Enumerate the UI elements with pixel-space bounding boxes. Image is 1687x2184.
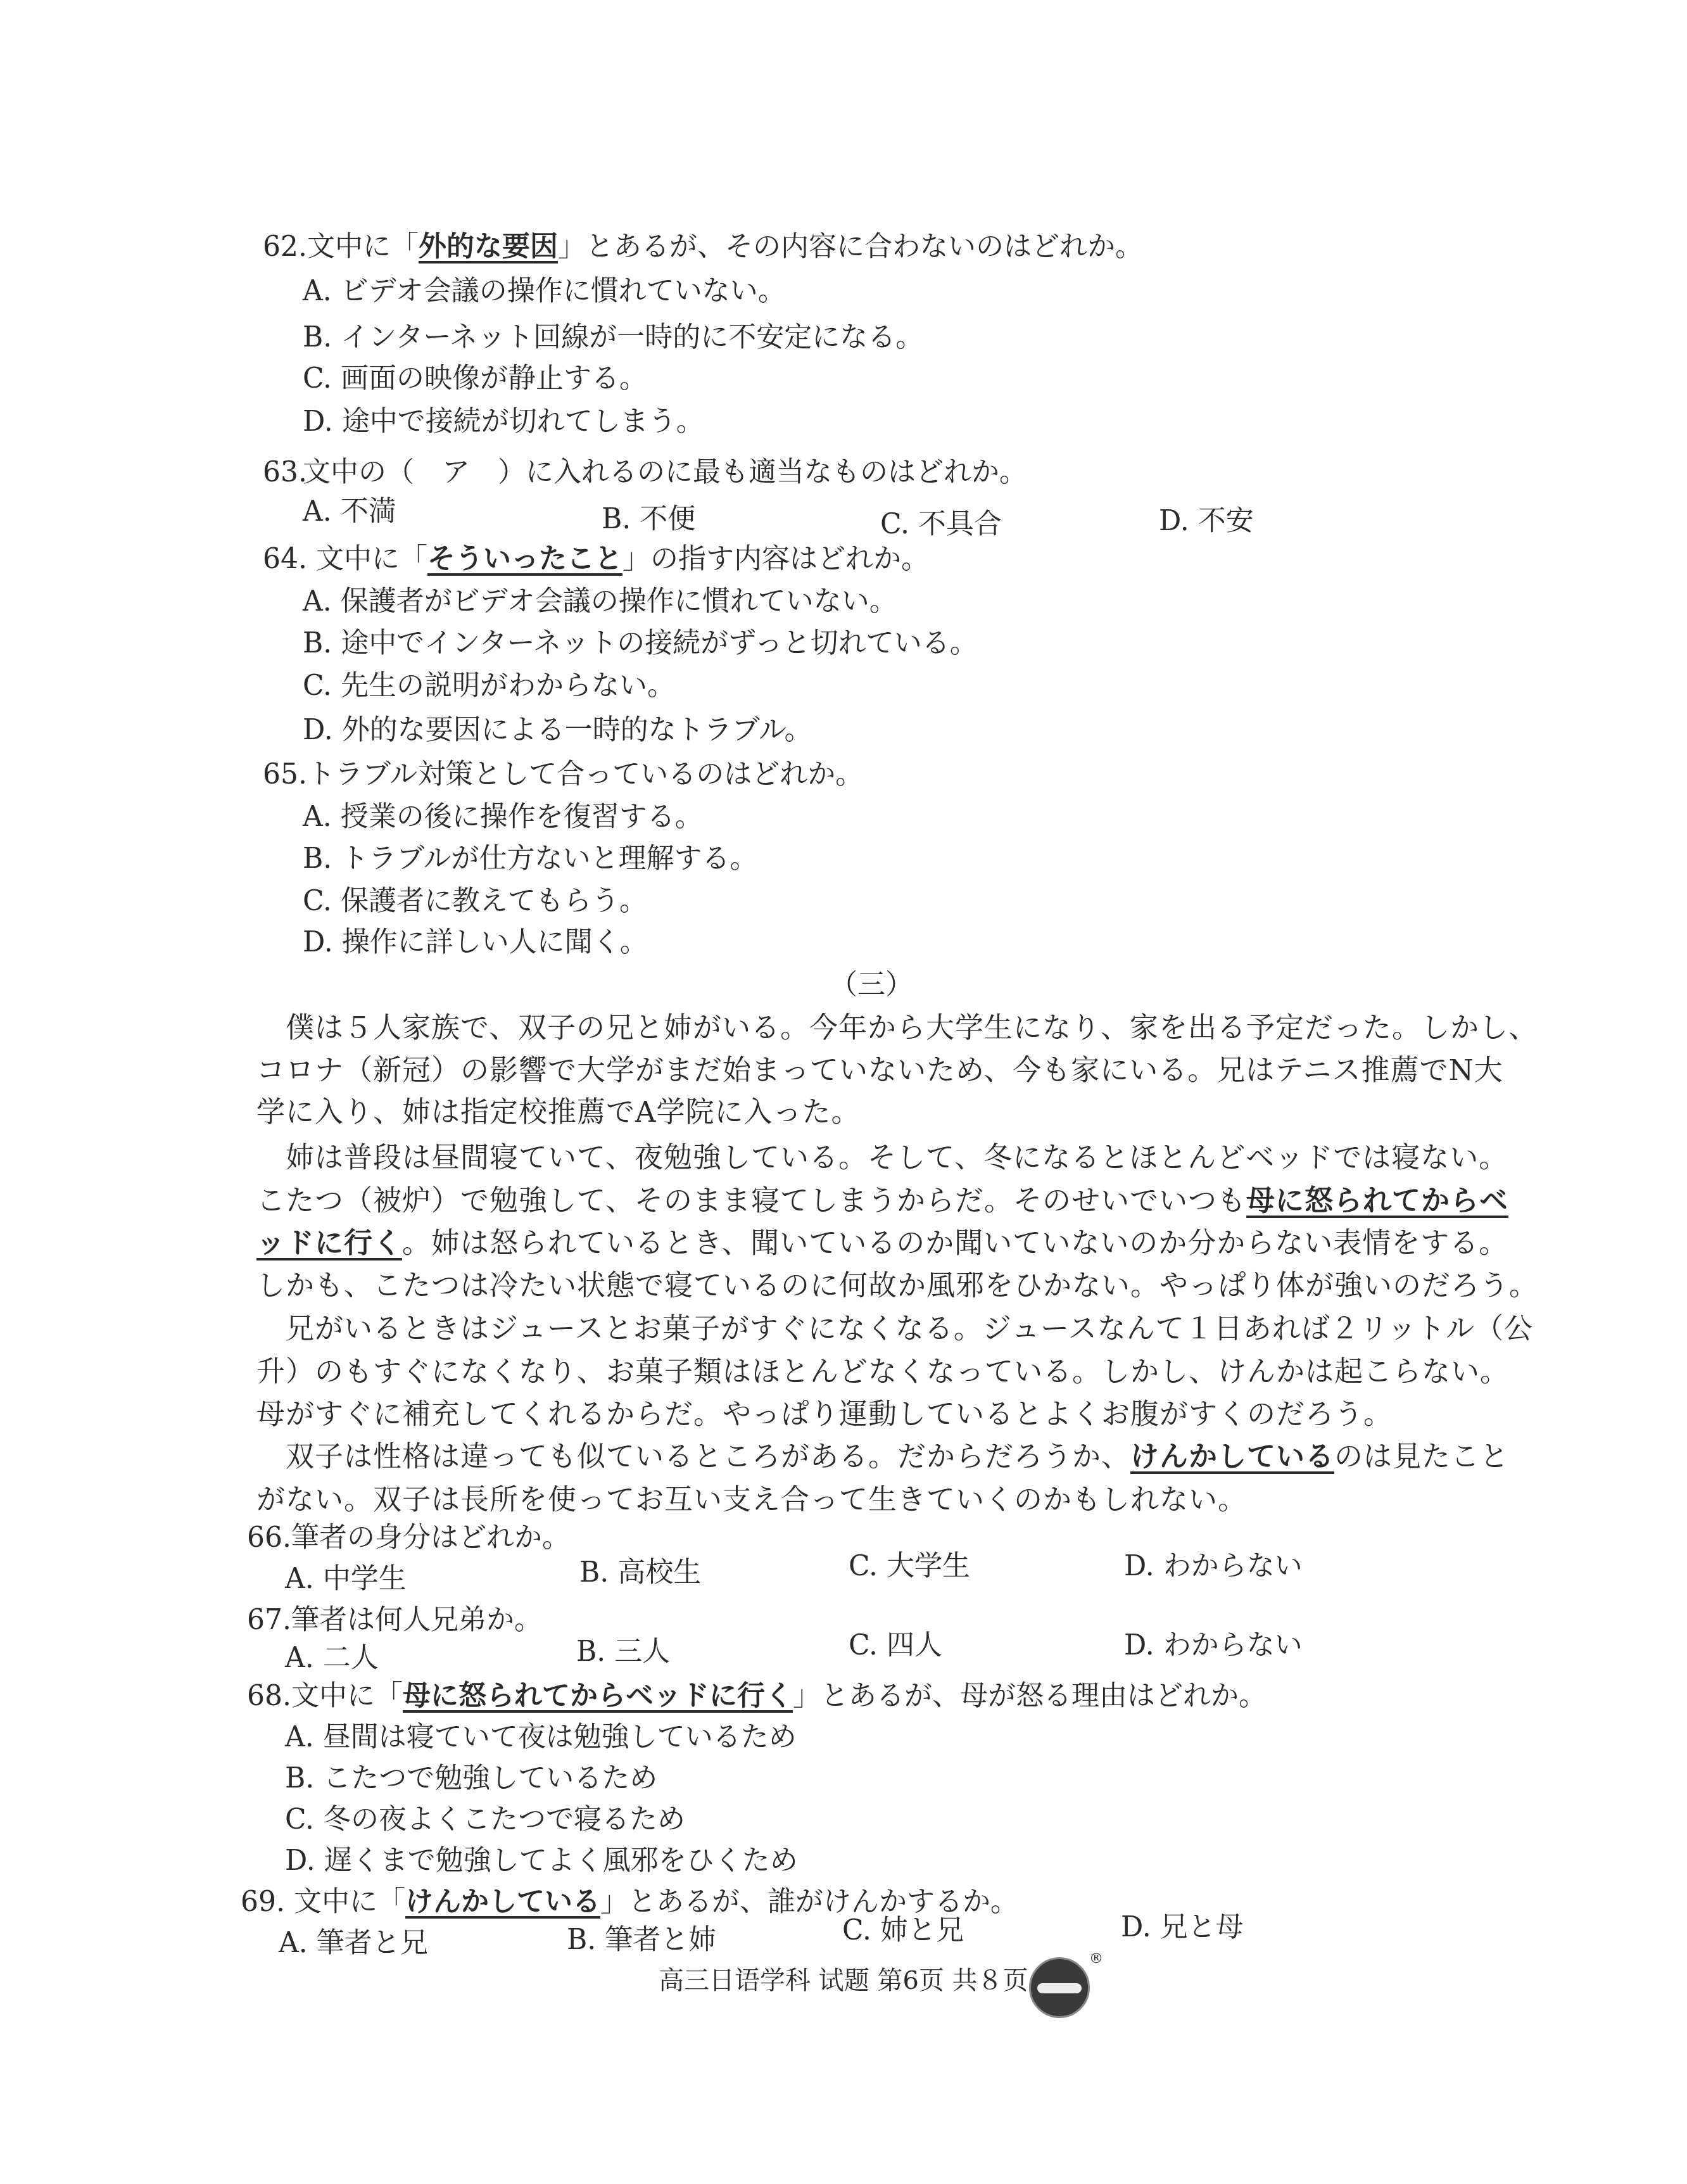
question-67: 67.筆者は何人兄弟か。 — [247, 1603, 542, 1638]
option-64c: C. 先生の説明がわからない。 — [303, 668, 675, 704]
option-69b: B. 筆者と姉 — [567, 1922, 716, 1958]
option-64a: A. 保護者がビデオ会議の操作に慣れていない。 — [303, 584, 897, 619]
question-text: 」の指す内容はどれか。 — [622, 543, 929, 575]
passage-line: 僕は５人家族で、双子の兄と姉がいる。今年から大学生になり、家を出る予定だった。し… — [256, 1010, 1460, 1046]
option-66b: B. 高校生 — [579, 1555, 701, 1590]
underlined-phrase: けんかしている — [405, 1886, 600, 1918]
question-number: 64. — [263, 543, 307, 575]
option-69d: D. 兄と母 — [1121, 1910, 1244, 1945]
option-65c: C. 保護者に教えてもらう。 — [303, 884, 647, 919]
question-text: 文中に「 — [294, 1886, 405, 1918]
question-65: 65.トラブル対策として合っているのはどれか。 — [263, 757, 863, 792]
question-text: 文中に「 — [307, 231, 419, 263]
question-68: 68.文中に「母に怒られてからベッドに行く」とあるが、母が怒る理由はどれか。 — [247, 1679, 1267, 1714]
option-68c: C. 冬の夜よくこたつで寝るため — [285, 1802, 685, 1838]
option-65b: B. トラブルが仕方ないと理解する。 — [303, 841, 758, 877]
option-69a: A. 筆者と兄 — [279, 1926, 428, 1961]
option-63b: B. 不便 — [602, 502, 695, 537]
option-63c: C. 不具合 — [880, 507, 1002, 542]
option-68b: B. こたつで勉強しているため — [285, 1761, 657, 1796]
question-number: 68. — [247, 1680, 291, 1712]
passage-line: こたつ（被炉）で勉強して、そのまま寝てしまうからだ。そのせいでいつも母に怒られて… — [256, 1183, 1460, 1219]
option-62a: A. ビデオ会議の操作に慣れていない。 — [303, 274, 786, 309]
passage-line: 学に入り、姉は指定校推薦でA学院に入った。 — [256, 1095, 1460, 1130]
question-66: 66.筆者の身分はどれか。 — [247, 1520, 570, 1556]
question-62: 62.文中に「外的な要因」とあるが、その内容に合わないのはどれか。 — [263, 229, 1143, 265]
passage-text: 。姉は怒られているとき、聞いているのか聞いていないのか分からない表情をする。 — [402, 1226, 1508, 1260]
underlined-phrase: ッドに行く — [256, 1226, 402, 1260]
option-63d: D. 不安 — [1159, 504, 1254, 539]
option-66d: D. わからない — [1124, 1549, 1303, 1584]
option-68d: D. 遅くまで勉強してよく風邪をひくため — [285, 1843, 798, 1879]
question-number: 62. — [263, 231, 307, 263]
option-63a: A. 不満 — [303, 494, 396, 530]
option-65d: D. 操作に詳しい人に聞く。 — [303, 925, 648, 960]
question-text: 筆者は何人兄弟か。 — [291, 1604, 542, 1636]
question-64: 64. 文中に「そういったこと」の指す内容はどれか。 — [263, 542, 929, 577]
passage-line: しかも、こたつは冷たい状態で寝ているのに何故か風邪をひかない。やっぱり体が強いの… — [256, 1268, 1460, 1304]
question-63-text: 文中の（ ア ）に入れるのに最も適当なものはどれか。 — [303, 455, 1027, 490]
question-text: トラブル対策として合っているのはどれか。 — [307, 758, 863, 790]
option-69c: C. 姉と兄 — [842, 1913, 964, 1948]
passage-text: こたつ（被炉）で勉強して、そのまま寝てしまうからだ。そのせいでいつも — [256, 1184, 1246, 1217]
question-number: 66. — [247, 1521, 291, 1554]
page-footer: 高三日语学科 试题 第6页 共８页 — [659, 1960, 1028, 1997]
underlined-phrase: 母に怒られてからベッドに行く — [403, 1680, 793, 1712]
passage-line: ッドに行く。姉は怒られているとき、聞いているのか聞いていないのか分からない表情を… — [256, 1226, 1460, 1261]
option-67c: C. 四人 — [849, 1628, 942, 1663]
question-number: 69. — [241, 1886, 285, 1918]
option-67d: D. わからない — [1124, 1628, 1303, 1663]
passage-text: のは見たこと — [1334, 1440, 1509, 1473]
option-64d: D. 外的な要因による一時的なトラブル。 — [303, 713, 812, 748]
underlined-phrase: 外的な要因 — [419, 231, 558, 263]
question-63: 63. — [263, 455, 307, 490]
question-text: 文中に「 — [291, 1680, 403, 1712]
passage-line: 兄がいるときはジュースとお菓子がすぐになくなる。ジュースなんて１日あれば２リット… — [256, 1311, 1460, 1347]
option-62b: B. インターネット回線が一時的に不安定になる。 — [303, 320, 923, 355]
passage-line: 母がすぐに補充してくれるからだ。やっぱり運動しているとよくお腹がすくのだろう。 — [256, 1397, 1460, 1432]
passage-line: 双子は性格は違っても似ているところがある。だからだろうか、けんかしているのは見た… — [256, 1439, 1460, 1475]
publisher-seal-icon — [1029, 1957, 1090, 2018]
question-text: 」とあるが、母が怒る理由はどれか。 — [793, 1680, 1267, 1712]
registered-mark: ® — [1089, 1951, 1103, 1967]
passage-text: 双子は性格は違っても似ているところがある。だからだろうか、 — [256, 1440, 1130, 1473]
question-text: 」とあるが、その内容に合わないのはどれか。 — [558, 231, 1143, 263]
passage-line: 升）のもすぐになくなり、お菓子類はほとんどなくなっている。しかし、けんかは起こら… — [256, 1354, 1460, 1390]
passage-line: コロナ（新冠）の影響で大学がまだ始まっていないため、今も家にいる。兄はテニス推薦… — [256, 1053, 1460, 1088]
option-62c: C. 画面の映像が静止する。 — [303, 361, 647, 397]
option-67a: A. 二人 — [285, 1641, 379, 1676]
question-text: 筆者の身分はどれか。 — [291, 1521, 570, 1554]
passage-line: 姉は普段は昼間寝ていて、夜勉強している。そして、冬になるとほとんどベッドでは寝な… — [256, 1140, 1460, 1176]
question-number: 65. — [263, 758, 307, 790]
option-67b: B. 三人 — [576, 1634, 670, 1670]
passage-line: がない。双子は長所を使ってお互い支え合って生きていくのかもしれない。 — [256, 1482, 1460, 1518]
question-text: 文中に「 — [316, 543, 427, 575]
section-heading: （三） — [830, 967, 913, 1003]
question-number: 67. — [247, 1604, 291, 1636]
underlined-phrase: そういったこと — [427, 543, 622, 575]
option-65a: A. 授業の後に操作を復習する。 — [303, 799, 703, 835]
option-68a: A. 昼間は寝ていて夜は勉強しているため — [285, 1720, 797, 1755]
option-66a: A. 中学生 — [285, 1561, 407, 1597]
underlined-phrase: 母に怒られてからベ — [1246, 1184, 1508, 1217]
option-64b: B. 途中でインターネットの接続がずっと切れている。 — [303, 626, 978, 661]
underlined-phrase: けんかしている — [1130, 1440, 1334, 1473]
option-66c: C. 大学生 — [849, 1549, 970, 1584]
option-62d: D. 途中で接続が切れてしまう。 — [303, 404, 704, 440]
